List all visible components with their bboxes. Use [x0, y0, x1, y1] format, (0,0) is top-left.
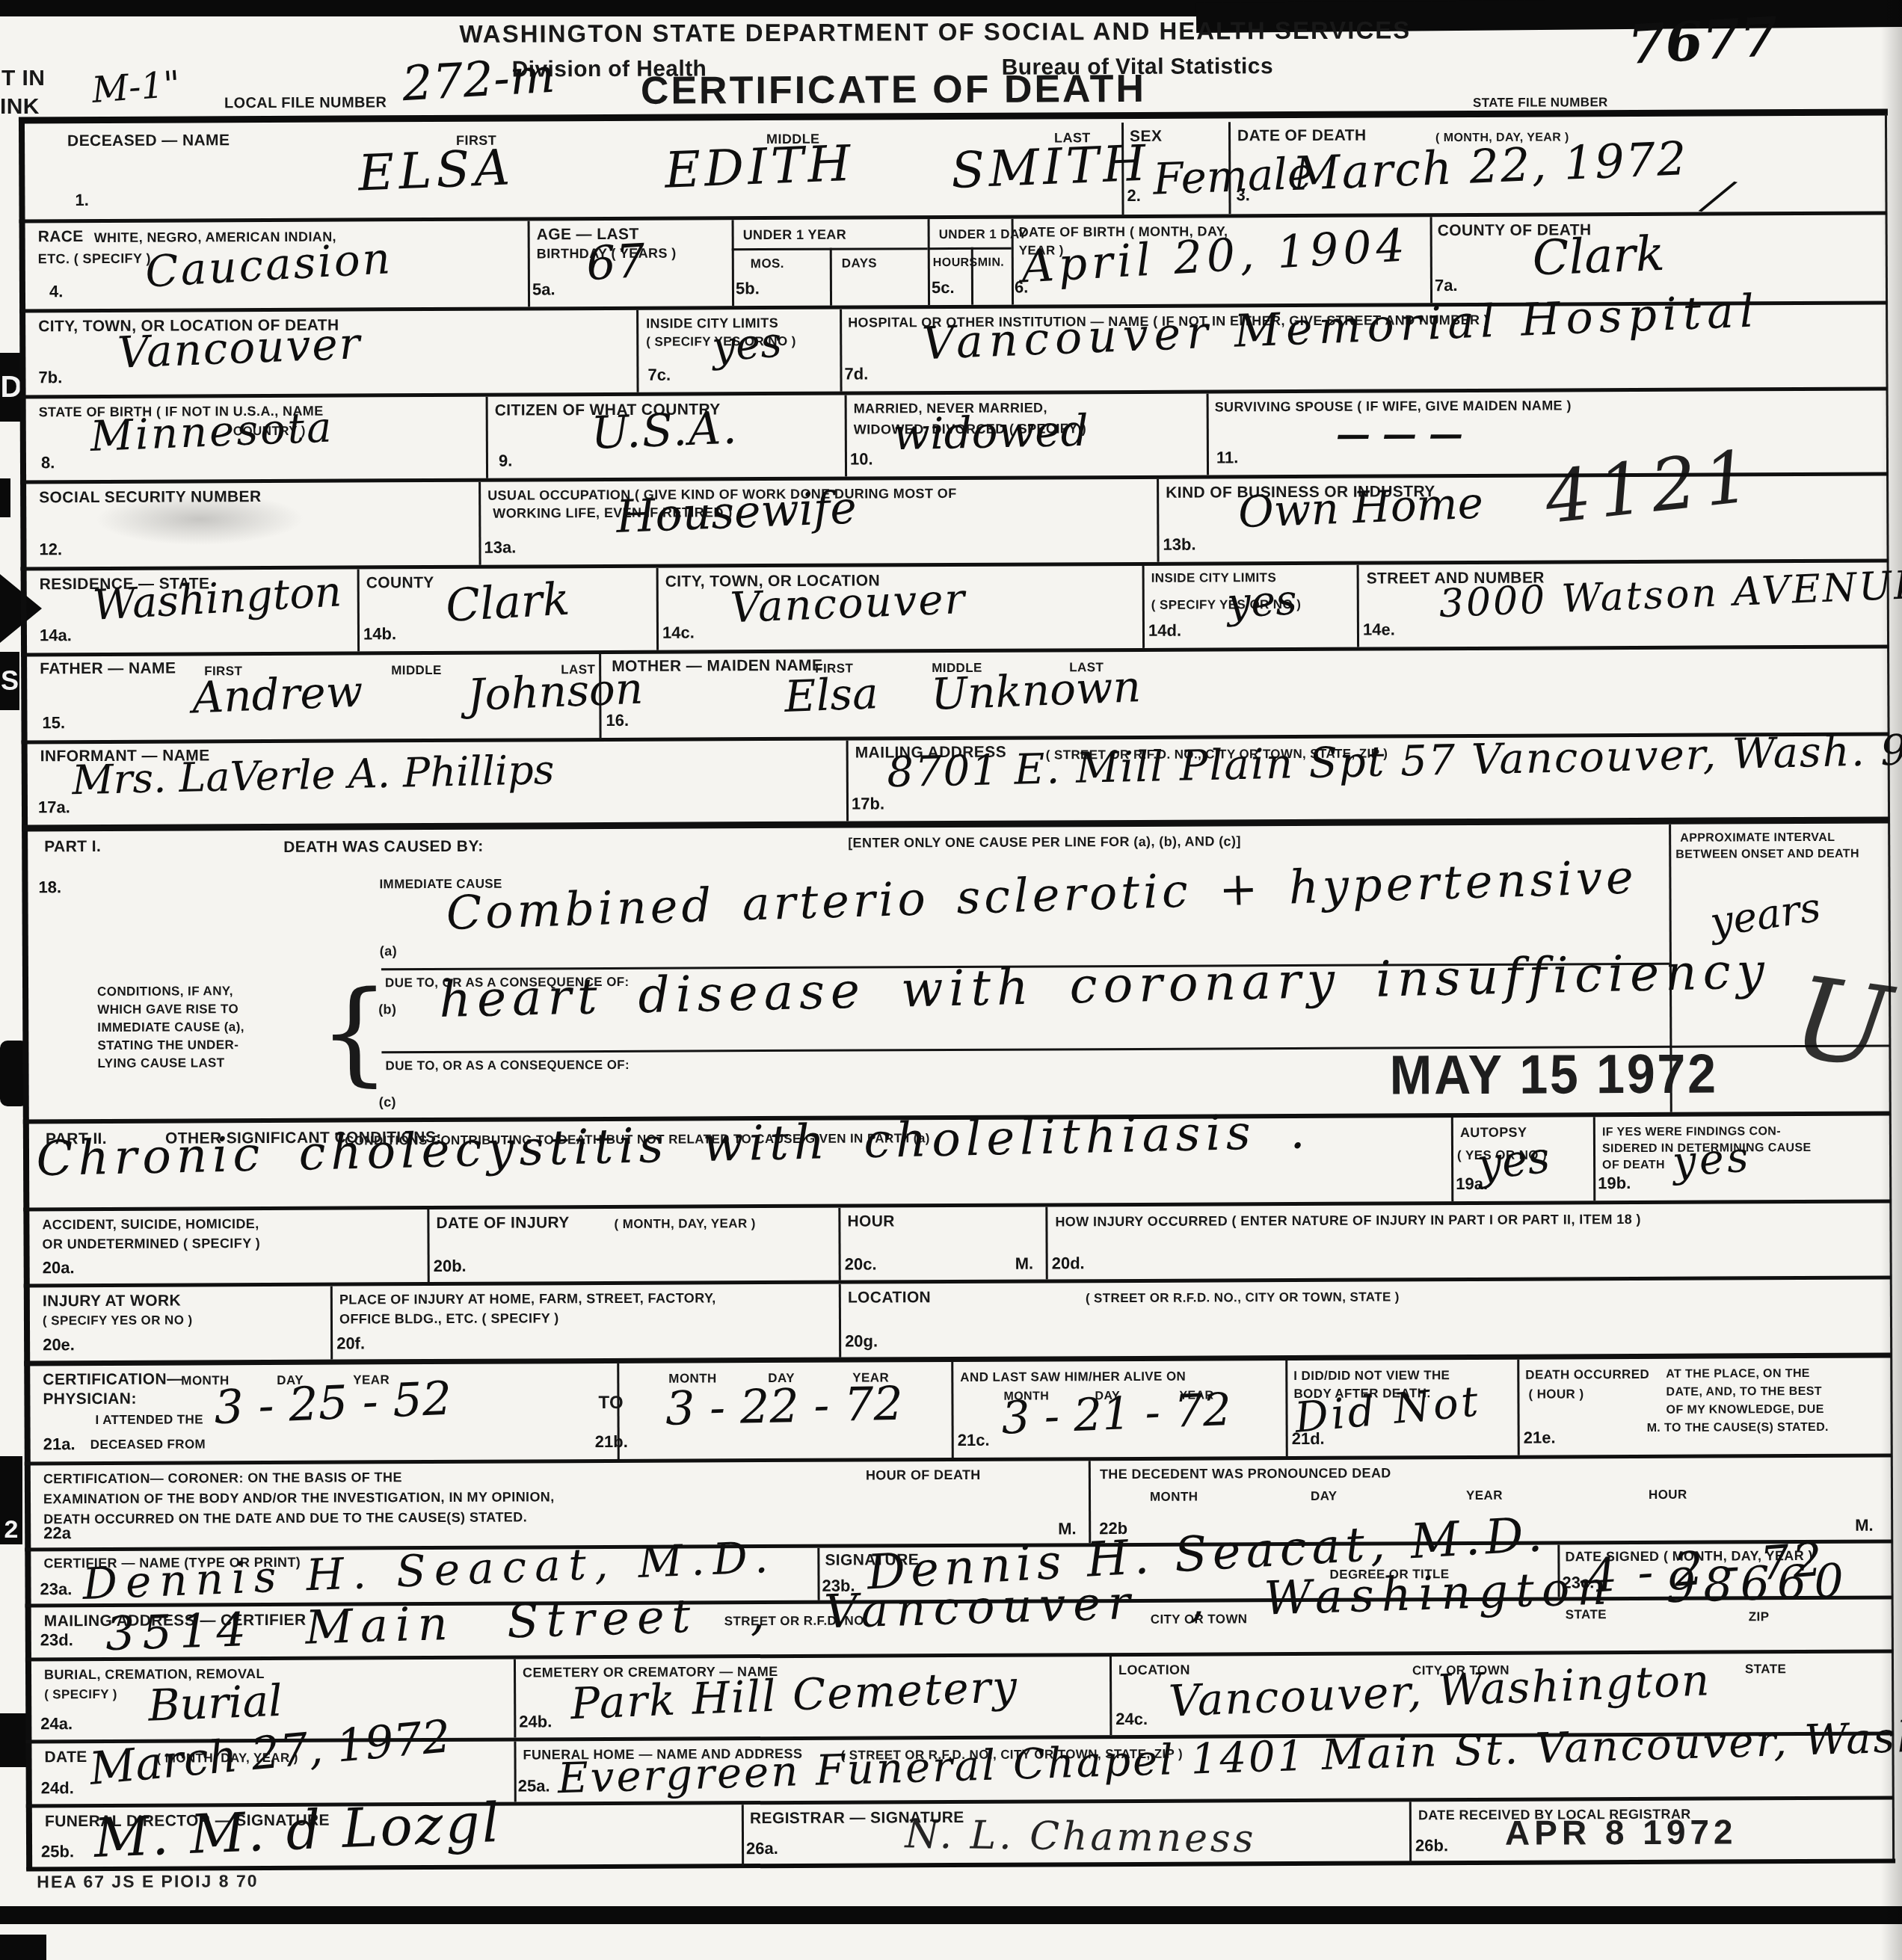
- death-occurred-label: DEATH OCCURRED: [1525, 1365, 1649, 1384]
- part1-enter-label: [ENTER ONLY ONE CAUSE PER LINE FOR (a), …: [848, 832, 1241, 852]
- item-12-number: 12.: [39, 540, 62, 559]
- city-of-death-value: Vancouver: [117, 321, 362, 375]
- death-certificate-scan: T IN INK D S 2 WASHINGTON STATE DEPARTME…: [0, 0, 1902, 1960]
- item-20e-number: 20e.: [43, 1335, 75, 1355]
- item-24a-number: 24a.: [40, 1714, 73, 1734]
- mother-middle-value: Unknown: [930, 665, 1142, 716]
- death-occurred-hour-label: ( HOUR ): [1528, 1384, 1584, 1403]
- cause-c-letter: (c): [379, 1093, 396, 1112]
- residence-county-value: Clark: [445, 577, 571, 629]
- pronounced-hour-label: HOUR: [1649, 1485, 1687, 1504]
- findings-value: yes: [1671, 1136, 1752, 1184]
- item-5a-number: 5a.: [532, 280, 555, 299]
- item-20b-number: 20b.: [434, 1257, 467, 1276]
- item-25a-number: 25a.: [518, 1776, 550, 1796]
- cause-b-letter: (b): [378, 1000, 396, 1019]
- item-7b-number: 7b.: [38, 368, 62, 387]
- date-of-injury-sublabel: ( MONTH, DAY, YEAR ): [614, 1214, 755, 1233]
- spouse-value: — — —: [1336, 416, 1463, 452]
- part1-caused-label: DEATH WAS CAUSED BY:: [283, 837, 484, 857]
- item-23a-number: 23a.: [40, 1580, 72, 1599]
- attest-line-2: DATE, AND, TO THE BEST: [1666, 1382, 1822, 1402]
- attended-to-value: 3 - 22 - 72: [665, 1381, 903, 1432]
- business-value: Own Home: [1237, 481, 1484, 534]
- item-5c-number: 5c.: [932, 278, 955, 298]
- item-21b-number: 21b.: [595, 1432, 628, 1452]
- item-26b-number: 26b.: [1415, 1836, 1448, 1855]
- interval-label-2: BETWEEN ONSET AND DEATH: [1675, 845, 1859, 864]
- item-22a-number: 22a: [43, 1523, 71, 1543]
- item-24c-number: 24c.: [1115, 1710, 1148, 1729]
- item-18-number: 18.: [38, 878, 61, 897]
- row-injury: INJURY AT WORK ( SPECIFY YES OR NO ) PLA…: [24, 1276, 1892, 1361]
- item-20a-number: 20a.: [43, 1258, 75, 1278]
- local-file-number-value: 272-m: [401, 52, 556, 108]
- inside-limits-value: yes: [710, 322, 783, 369]
- certificate-title: CERTIFICATE OF DEATH: [641, 80, 1146, 101]
- mos-label: MOS.: [751, 254, 784, 273]
- burial-date-label: DATE: [44, 1748, 87, 1766]
- item-5b-number: 5b.: [736, 279, 760, 298]
- item-7d-number: 7d.: [844, 364, 868, 383]
- father-first-value: Andrew: [191, 670, 363, 720]
- item-23d-number: 23d.: [40, 1630, 73, 1650]
- item-1-number: 1.: [75, 191, 88, 210]
- coroner-line-3: DEATH OCCURRED ON THE DATE AND DUE TO TH…: [43, 1508, 527, 1529]
- place-of-injury-label: PLACE OF INJURY AT HOME, FARM, STREET, F…: [339, 1289, 716, 1309]
- conditions-line-5: LYING CAUSE LAST: [97, 1053, 224, 1073]
- pen-loop-mark: U: [1788, 961, 1896, 1085]
- item-20g-number: 20g.: [845, 1331, 878, 1351]
- row-accident: ACCIDENT, SUICIDE, HOMICIDE, OR UNDETERM…: [23, 1200, 1891, 1284]
- last-saw-label: AND LAST SAW HIM/HER ALIVE ON: [960, 1367, 1186, 1387]
- conditions-brace: {: [318, 976, 390, 1088]
- sex-value: Female: [1152, 151, 1314, 200]
- item-8-number: 8.: [41, 453, 55, 472]
- pronounced-dead-label: THE DECEDENT WAS PRONOUNCED DEAD: [1100, 1464, 1391, 1484]
- autopsy-value: yes: [1475, 1135, 1552, 1186]
- item-17a-number: 17a.: [38, 798, 70, 817]
- local-file-number-label: LOCAL FILE NUMBER: [224, 93, 387, 113]
- item-19b-number: 19b.: [1598, 1174, 1631, 1193]
- under-1-year-label: UNDER 1 YEAR: [743, 226, 847, 245]
- coroner-line-2: EXAMINATION OF THE BODY AND/OR THE INVES…: [43, 1488, 555, 1508]
- findings-line-3: OF DEATH: [1602, 1156, 1665, 1174]
- race-label: RACE: [38, 227, 84, 246]
- state-file-stamp: 7677: [1627, 10, 1779, 72]
- registrar-signature: N. L. Chamness: [905, 1815, 1257, 1858]
- attest-line-1: AT THE PLACE, ON THE: [1666, 1364, 1810, 1384]
- coroner-line-1: CERTIFICATION— CORONER: ON THE BASIS OF …: [43, 1468, 402, 1488]
- pronounced-m-label: M.: [1855, 1516, 1874, 1535]
- how-injury-label: HOW INJURY OCCURRED ( ENTER NATURE OF IN…: [1055, 1210, 1641, 1231]
- location-sublabel: ( STREET OR R.F.D. NO., CITY OR TOWN, ST…: [1086, 1287, 1400, 1307]
- item-17b-number: 17b.: [852, 794, 884, 813]
- date-of-injury-label: DATE OF INJURY: [436, 1213, 569, 1233]
- last-saw-value: 3 - 21 - 72: [1000, 1387, 1232, 1441]
- part1-label: PART I.: [44, 837, 101, 856]
- residence-city-value: Vancouver: [730, 579, 967, 629]
- item-13a-number: 13a.: [484, 538, 516, 558]
- age-value: 67: [585, 238, 646, 287]
- item-21e-number: 21e.: [1524, 1428, 1556, 1447]
- father-middle-label: MIDDLE: [391, 661, 442, 679]
- item-7c-number: 7c.: [647, 366, 671, 385]
- item-13b-number: 13b.: [1163, 535, 1195, 555]
- residence-inside-value: yes: [1226, 579, 1299, 625]
- item-4-number: 4.: [49, 282, 63, 301]
- deceased-name-label: DECEASED — NAME: [67, 131, 230, 150]
- item-9-number: 9.: [499, 452, 512, 471]
- attest-line-4: M. TO THE CAUSE(S) STATED.: [1647, 1418, 1829, 1437]
- item-14e-number: 14e.: [1363, 620, 1395, 639]
- item-25b-number: 25b.: [41, 1842, 74, 1861]
- pronounced-month-label: MONTH: [1150, 1488, 1198, 1506]
- residence-county-label: COUNTY: [366, 573, 434, 592]
- agency-title: WASHINGTON STATE DEPARTMENT OF SOCIAL AN…: [459, 20, 1411, 43]
- race-value: Caucasion: [144, 236, 394, 294]
- item-14b-number: 14b.: [363, 624, 396, 644]
- state-of-birth-value: Minnesota: [90, 407, 335, 458]
- accident-label-2: OR UNDETERMINED ( SPECIFY ): [42, 1234, 260, 1254]
- race-specify-label: ETC. ( SPECIFY ): [38, 250, 151, 269]
- pronounced-day-label: DAY: [1311, 1487, 1338, 1506]
- item-7a-number: 7a.: [1435, 276, 1458, 295]
- item-21a-number: 21a.: [43, 1434, 76, 1454]
- item-20c-number: 20c.: [845, 1254, 877, 1274]
- injury-at-work-sublabel: ( SPECIFY YES OR NO ): [43, 1310, 193, 1330]
- occupation-value: Housewife: [615, 485, 858, 540]
- item-14d-number: 14d.: [1148, 621, 1181, 641]
- deceased-from-label: DECEASED FROM: [90, 1434, 206, 1454]
- under-1-day-label: UNDER 1 DAY: [939, 225, 1027, 244]
- citizen-value: U.S.A.: [591, 405, 739, 456]
- state-file-number-label: STATE FILE NUMBER: [1473, 93, 1608, 112]
- attended-from-value: 3 - 25 - 52: [213, 1375, 452, 1431]
- burial-value: Burial: [147, 1679, 283, 1728]
- conditions-line-4: STATING THE UNDER-: [97, 1035, 238, 1055]
- hour-of-death-label: HOUR OF DEATH: [866, 1466, 981, 1485]
- conditions-line-1: CONDITIONS, IF ANY,: [97, 981, 233, 1001]
- item-14c-number: 14c.: [662, 623, 695, 642]
- burial-sublabel: ( SPECIFY ): [44, 1685, 117, 1704]
- conditions-line-2: WHICH GAVE RISE TO: [97, 999, 238, 1019]
- days-label: DAYS: [842, 253, 877, 272]
- attest-line-3: OF MY KNOWLEDGE, DUE: [1666, 1400, 1823, 1420]
- deceased-first-value: ELSA: [357, 143, 515, 198]
- margin-note-handwritten: M-1": [90, 66, 181, 108]
- item-11-number: 11.: [1216, 448, 1238, 467]
- item-24d-number: 24d.: [41, 1778, 74, 1798]
- cause-a-letter: (a): [380, 942, 397, 961]
- funeral-director-signature: M. M. d Lozgl: [93, 1796, 502, 1865]
- item-21c-number: 21c.: [958, 1431, 990, 1450]
- min-label: MIN.: [978, 253, 1004, 272]
- father-label: FATHER — NAME: [40, 659, 176, 679]
- conditions-line-3: IMMEDIATE CAUSE (a),: [97, 1017, 244, 1037]
- hour-m-label: M.: [1015, 1254, 1034, 1274]
- injury-at-work-label: INJURY AT WORK: [43, 1291, 181, 1310]
- informant-value: Mrs. LaVerle A. Phillips: [72, 750, 555, 801]
- accident-label-1: ACCIDENT, SUICIDE, HOMICIDE,: [42, 1215, 259, 1234]
- attended-label: I ATTENDED THE: [96, 1410, 204, 1429]
- burial-state-label: STATE: [1745, 1659, 1786, 1678]
- ssn-smudge: [95, 493, 304, 546]
- item-15-number: 15.: [42, 713, 65, 733]
- certification-physician-label-1: CERTIFICATION—: [43, 1369, 182, 1389]
- date-stamp-may: MAY 15 1972: [1389, 1042, 1718, 1107]
- item-20f-number: 20f.: [336, 1334, 365, 1353]
- form-code: HEA 67 JS E PIOIJ 8 70: [37, 1872, 258, 1891]
- business-scribble: 4121: [1542, 440, 1761, 534]
- date-received-stamp: APR 8 1972: [1505, 1811, 1738, 1852]
- due-to-label-2: DUE TO, OR AS A CONSEQUENCE OF:: [385, 1055, 630, 1075]
- item-24b-number: 24b.: [519, 1712, 552, 1731]
- mother-first-value: Elsa: [784, 671, 878, 718]
- hours-label: HOURS: [933, 253, 978, 272]
- item-14a-number: 14a.: [40, 626, 72, 645]
- hour-label: HOUR: [847, 1212, 895, 1230]
- item-26a-number: 26a.: [746, 1839, 778, 1858]
- place-of-injury-sublabel: OFFICE BLDG., ETC. ( SPECIFY ): [339, 1309, 559, 1328]
- deceased-middle-value: EDITH: [664, 139, 855, 196]
- pronounced-year-label: YEAR: [1466, 1486, 1503, 1505]
- county-of-death-value: Clark: [1531, 230, 1665, 283]
- certification-physician-label-2: PHYSICIAN:: [43, 1390, 136, 1409]
- date-of-death-label: DATE OF DEATH: [1237, 126, 1367, 146]
- item-20d-number: 20d.: [1052, 1254, 1085, 1273]
- item-10-number: 10.: [850, 449, 873, 469]
- marital-value: widowed: [893, 409, 1089, 457]
- deceased-last-value: SMITH: [950, 139, 1151, 196]
- to-label: TO: [598, 1393, 624, 1412]
- father-middle-value: Johnson: [467, 667, 644, 717]
- location-label: LOCATION: [848, 1288, 931, 1307]
- row-certification-coroner: CERTIFICATION— CORONER: ON THE BASIS OF …: [25, 1454, 1892, 1548]
